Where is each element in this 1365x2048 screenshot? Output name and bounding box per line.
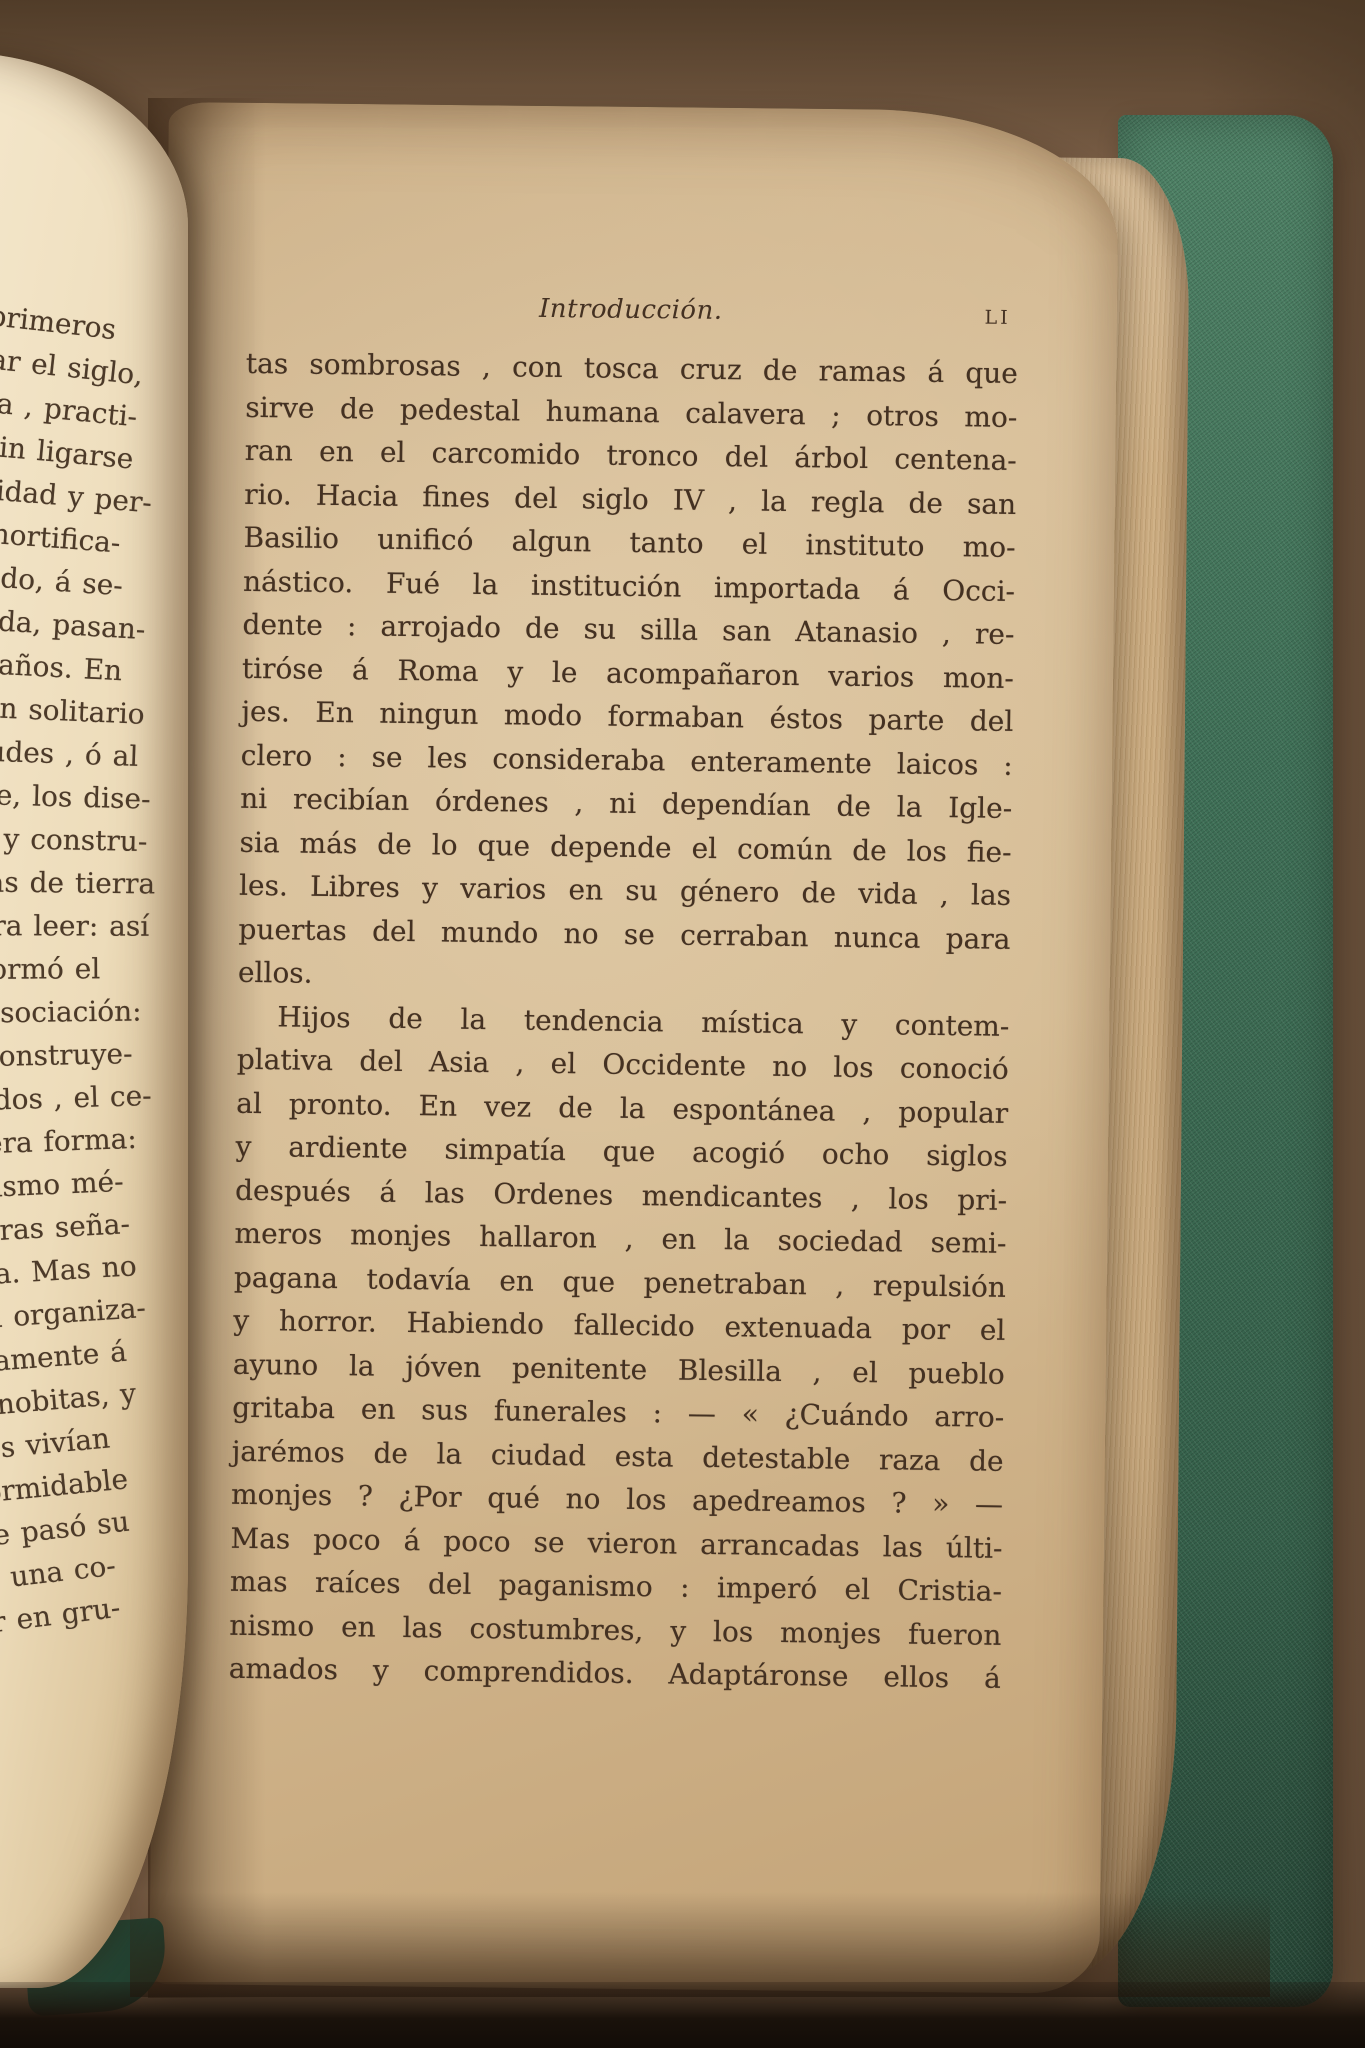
fragment-line: mbre, los dise- (0, 772, 188, 823)
text-line: amados y comprendidos. Adaptáronse ellos… (229, 1647, 1002, 1701)
fragment-line: hozas de tierra (0, 860, 188, 907)
paragraph-1: tas sombrosas , con tosca cruz de ramas … (238, 342, 1018, 1005)
page-text: tas sombrosas , con tosca cruz de ramas … (229, 342, 1019, 1700)
right-page: Introducción. LI tas sombrosas , con tos… (149, 102, 1119, 1994)
fragment-line: de asociación: (0, 989, 188, 1036)
left-page-text-fragments: los primerosdonar el siglo,encia , pract… (0, 288, 188, 1652)
left-page-turning: los primerosdonar el siglo,encia , pract… (0, 52, 188, 1988)
fragment-line: se formó el (0, 947, 188, 992)
paragraph-2: Hijos de la tendencia mística y contem-p… (229, 994, 1010, 1700)
photo-background: Introducción. LI tas sombrosas , con tos… (0, 0, 1365, 2048)
running-title: Introducción. (245, 291, 1017, 329)
table-edge-shadow (0, 1982, 1365, 2048)
page-header: Introducción. LI (245, 291, 1017, 339)
fragment-line: s , construye- (0, 1031, 188, 1080)
fragment-line: on , y constru- (0, 816, 188, 865)
fragment-line: virtudes , ó al (0, 728, 188, 781)
fragment-line: , para leer: así (0, 904, 188, 949)
page-number: LI (985, 307, 1011, 329)
